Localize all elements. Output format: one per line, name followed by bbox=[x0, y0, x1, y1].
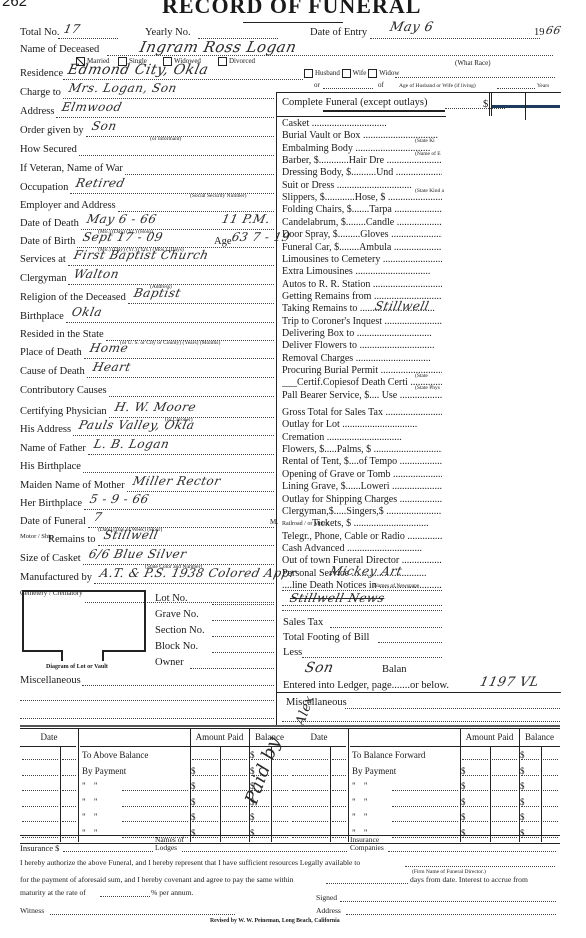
charge-item-label: Removal Charges bbox=[282, 353, 353, 364]
balance-label: Balan bbox=[382, 664, 407, 676]
charge-item-label: Trip to Coroner's Inquest bbox=[282, 316, 382, 327]
checkbox-husband[interactable] bbox=[304, 69, 313, 78]
charge-item-label: Taking Remains to bbox=[282, 303, 357, 314]
field-sublabel: (or informant) bbox=[150, 136, 181, 142]
ledger-cell[interactable] bbox=[332, 759, 346, 760]
field-label: Manufactured by bbox=[20, 572, 92, 584]
ledger-handwritten-note: Paid by bbox=[241, 734, 285, 807]
leader-dots: .............................. bbox=[371, 444, 442, 455]
ledger-cell[interactable] bbox=[543, 837, 558, 838]
ledger-cell[interactable] bbox=[332, 837, 346, 838]
leader-dots: .............................. bbox=[384, 155, 442, 166]
charge-item[interactable]: Extra Limousines .......................… bbox=[282, 266, 442, 277]
field-sublabel: (or U. S. or City or County) (Years) (Mo… bbox=[120, 340, 220, 346]
field-label: Name of Father bbox=[20, 443, 86, 455]
ledger-cell[interactable] bbox=[332, 806, 346, 807]
field-value[interactable]: Okla bbox=[71, 305, 104, 319]
leader-dots: .............................. bbox=[397, 456, 442, 467]
footer-address-field[interactable] bbox=[346, 914, 556, 915]
leader-dots: .............................. bbox=[380, 254, 442, 265]
witness-field[interactable] bbox=[50, 914, 235, 915]
field-input[interactable] bbox=[83, 472, 274, 473]
charge-item-label: Embalming Body bbox=[282, 143, 353, 154]
less-label: Less bbox=[283, 647, 302, 659]
field-extra-value[interactable]: 11 P.M. bbox=[221, 212, 272, 226]
field-value[interactable]: H. W. Moore bbox=[114, 400, 198, 414]
less-value[interactable]: Son bbox=[303, 660, 335, 676]
years-label: Years bbox=[537, 83, 549, 89]
field-value[interactable]: A.T. & P.S. 1938 Colored Appr bbox=[99, 566, 298, 580]
ledger-desc-field[interactable] bbox=[122, 821, 188, 822]
charge-item-label: Outlay for Lot bbox=[282, 419, 340, 430]
ledger-cell[interactable] bbox=[492, 806, 517, 807]
ledger-header: Amount Paid bbox=[460, 732, 519, 742]
field-input[interactable] bbox=[63, 98, 274, 99]
ledger-cell[interactable] bbox=[292, 790, 328, 791]
dollar-sign: $ bbox=[191, 828, 196, 838]
ledger-cell[interactable] bbox=[543, 759, 558, 760]
field-label: If Veteran, Name of War bbox=[20, 163, 123, 175]
dollar-sign: $ bbox=[461, 812, 466, 822]
charge-item-label: Barber, $............Hair Dre bbox=[282, 155, 384, 166]
ledger-cell[interactable] bbox=[332, 790, 346, 791]
charge-item[interactable]: Folding Chairs, $.......Tarpa ..........… bbox=[282, 204, 442, 215]
leader-dots: .............................. bbox=[370, 279, 442, 290]
race-field[interactable] bbox=[395, 77, 555, 78]
railroad-motor-label: Railroad / or Motor bbox=[282, 521, 312, 527]
dollar-sign: $ bbox=[520, 828, 525, 838]
ledger-cell[interactable] bbox=[222, 821, 247, 822]
leader-dots: .............................. bbox=[324, 432, 402, 443]
residence-value[interactable]: Edmond City, Okla bbox=[66, 62, 210, 78]
ledger-cell[interactable] bbox=[62, 790, 76, 791]
age-spouse-field[interactable] bbox=[497, 88, 535, 89]
charge-item[interactable]: Slippers, $............Hose, $ .........… bbox=[282, 192, 442, 203]
leader-dots: .............................. bbox=[353, 353, 431, 364]
name-of-deceased-label: Name of Deceased bbox=[20, 44, 99, 56]
complete-funeral-amount-field[interactable] bbox=[492, 105, 560, 108]
ledger-cell[interactable] bbox=[332, 775, 346, 776]
spouse-or-label: or bbox=[314, 81, 320, 89]
dollar-sign: $ bbox=[461, 797, 466, 807]
field-input[interactable] bbox=[84, 358, 274, 359]
leader-dots: .............................. bbox=[357, 340, 435, 351]
lodges-label-2: Lodges bbox=[155, 843, 177, 852]
field-value[interactable]: Walton bbox=[73, 267, 121, 281]
field-input[interactable] bbox=[109, 396, 274, 397]
field-label: Date of Birth bbox=[20, 236, 75, 248]
leader-dots: .............................. bbox=[353, 266, 431, 277]
ledger-row-label: To Balance Forward bbox=[352, 750, 425, 760]
charge-item[interactable]: Deliver Flowers to .....................… bbox=[282, 340, 442, 351]
lot-field-label: Lot No. bbox=[155, 593, 188, 605]
field-input[interactable] bbox=[128, 303, 274, 304]
field-value[interactable]: May 6 - 66 bbox=[86, 212, 159, 226]
field-input[interactable] bbox=[68, 265, 274, 266]
ledger-desc-field[interactable] bbox=[392, 806, 458, 807]
field-extra: M. bbox=[270, 518, 278, 526]
leader-dots: .............................. bbox=[384, 506, 442, 517]
charge-item[interactable]: Candelabrum, $........Candle ...........… bbox=[282, 217, 442, 228]
field-value[interactable]: Pauls Valley, Okla bbox=[78, 418, 197, 432]
ledger-cell[interactable] bbox=[62, 837, 76, 838]
charge-item[interactable]: Outlay for Lot .........................… bbox=[282, 419, 442, 430]
lot-field-label: Grave No. bbox=[155, 609, 199, 621]
ledger-cell[interactable] bbox=[62, 806, 76, 807]
total-footing-field[interactable] bbox=[378, 642, 442, 643]
ledger-header: Date bbox=[20, 732, 78, 742]
ledger-desc-field[interactable] bbox=[392, 821, 458, 822]
year-prefix: 19 bbox=[534, 27, 545, 39]
checkbox-divorced[interactable] bbox=[218, 57, 227, 66]
dollar-sign: $ bbox=[191, 812, 196, 822]
charge-item[interactable]: Flowers, $.....Palms, $ ................… bbox=[282, 444, 442, 455]
field-value[interactable]: First Baptist Church bbox=[73, 248, 211, 262]
field-value[interactable]: Stillwell bbox=[103, 528, 160, 542]
ledger-desc-field[interactable] bbox=[122, 790, 188, 791]
companies-label-2: Companies bbox=[350, 843, 384, 852]
field-input[interactable] bbox=[87, 377, 274, 378]
ledger-cell[interactable] bbox=[543, 806, 558, 807]
field-label: Religion of the Deceased bbox=[20, 292, 126, 304]
charge-item[interactable]: Gross Total for Sales Tax ..............… bbox=[282, 407, 442, 418]
interest-rate-field[interactable] bbox=[100, 896, 150, 897]
ledger-cell[interactable] bbox=[492, 790, 517, 791]
ledger-row-label: " " bbox=[82, 812, 101, 822]
charge-item-label: Opening of Grave or Tomb bbox=[282, 469, 391, 480]
charge-item-label: Casket bbox=[282, 118, 309, 129]
dollar-sign: $ bbox=[520, 750, 525, 760]
field-label: Occupation bbox=[20, 182, 68, 194]
charge-item[interactable]: Delivering Box to ......................… bbox=[282, 328, 442, 339]
charge-item[interactable]: Cremation .............................. bbox=[282, 432, 442, 443]
charge-item-label: Lining Grave, $......Loweri bbox=[282, 481, 389, 492]
field-value[interactable]: Miller Rector bbox=[132, 474, 223, 488]
field-value[interactable]: Mrs. Logan, Son bbox=[68, 81, 179, 95]
ledger-cell[interactable] bbox=[62, 775, 76, 776]
marital-divorced[interactable]: Divorced bbox=[218, 57, 255, 66]
less-field[interactable] bbox=[302, 657, 442, 658]
charge-item[interactable]: Outlay for Shipping Charges ............… bbox=[282, 494, 442, 505]
ledger-cell[interactable] bbox=[492, 775, 517, 776]
page-title: RECORD OF FUNERAL bbox=[162, 0, 421, 19]
lot-field-label: Block No. bbox=[155, 641, 198, 653]
charge-item-label: Deliver Flowers to bbox=[282, 340, 357, 351]
charge-item-label: Flowers, $.....Palms, $ bbox=[282, 444, 371, 455]
leader-dots: .............................. bbox=[389, 481, 442, 492]
field-label: Services at bbox=[20, 254, 66, 266]
witness-label: Witness bbox=[20, 906, 44, 915]
misc-left-label: Miscellaneous bbox=[20, 675, 81, 687]
charge-item[interactable]: Dressing Body, $..........Und ..........… bbox=[282, 167, 442, 178]
field-label: Size of Casket bbox=[20, 553, 81, 565]
ledger-cell[interactable] bbox=[273, 821, 288, 822]
complete-funeral-label: Complete Funeral (except outlays) bbox=[282, 97, 428, 109]
checkbox-wife[interactable] bbox=[342, 69, 351, 78]
charge-item-label: Slippers, $............Hose, $ bbox=[282, 192, 385, 203]
field-label: Contributory Causes bbox=[20, 385, 107, 397]
charge-item[interactable]: Lining Grave, $......Loweri ............… bbox=[282, 481, 442, 492]
charge-item[interactable]: Autos to R. R. Station .................… bbox=[282, 279, 442, 290]
leader-dots: .............................. bbox=[397, 390, 442, 401]
field-value[interactable]: 6/6 Blue Silver bbox=[88, 547, 188, 561]
charge-item-value[interactable]: Stillwell bbox=[374, 299, 431, 313]
newspaper-sub-label: (Names of Newspape bbox=[372, 583, 419, 589]
leader-dots: .............................. bbox=[392, 204, 442, 215]
ledger-cell[interactable] bbox=[22, 775, 58, 776]
ledger-cell[interactable] bbox=[543, 821, 558, 822]
dollar-sign: $ bbox=[520, 766, 525, 776]
leader-dots: .............................. bbox=[399, 555, 442, 566]
title-underline bbox=[243, 22, 343, 23]
ledger-cell[interactable] bbox=[292, 775, 328, 776]
firm-name-field[interactable] bbox=[405, 866, 555, 867]
sales-tax-field[interactable] bbox=[330, 627, 442, 628]
ledger-cell[interactable] bbox=[492, 837, 517, 838]
field-label: Date of Death bbox=[20, 218, 79, 230]
charge-item-label: Pall Bearer Service, $.... Use bbox=[282, 390, 397, 401]
ledger-cell[interactable] bbox=[292, 837, 328, 838]
charge-item-label: Cremation bbox=[282, 432, 324, 443]
ledger-cell[interactable] bbox=[222, 759, 247, 760]
charge-item-value[interactable]: Mickey Art bbox=[329, 564, 404, 578]
ledger-cell[interactable] bbox=[292, 821, 328, 822]
checkbox-widow[interactable] bbox=[368, 69, 377, 78]
date-of-entry-label: Date of Entry bbox=[310, 27, 367, 39]
charge-item-label: Autos to R. R. Station bbox=[282, 279, 370, 290]
field-input[interactable] bbox=[88, 454, 274, 455]
ledger-header: Date bbox=[290, 732, 348, 742]
charge-item[interactable]: Removal Charges ........................… bbox=[282, 353, 442, 364]
residence-label: Residence bbox=[20, 68, 63, 80]
charge-item-label: Rental of Tent, $....of Tempo bbox=[282, 456, 397, 467]
field-label: Place of Death bbox=[20, 347, 82, 359]
field-value[interactable]: Elmwood bbox=[61, 100, 124, 114]
ledger-cell[interactable] bbox=[62, 759, 76, 760]
field-label: How Secured bbox=[20, 144, 77, 156]
right-box-border bbox=[276, 92, 277, 726]
ledger-cell[interactable] bbox=[273, 775, 288, 776]
charge-item-label: Extra Limousines bbox=[282, 266, 353, 277]
ledger-row-label: " " bbox=[352, 797, 371, 807]
charge-item[interactable]: Trip to Coroner's Inquest ..............… bbox=[282, 316, 442, 327]
lot-field-input[interactable] bbox=[190, 668, 274, 669]
field-label: Remains to bbox=[48, 534, 96, 546]
leader-dots: .............................. bbox=[405, 531, 442, 542]
field-value[interactable]: 7 bbox=[93, 510, 104, 524]
ledger-cell[interactable] bbox=[492, 821, 517, 822]
ledger-cell[interactable] bbox=[62, 821, 76, 822]
field-label: Date of Funeral bbox=[20, 516, 86, 528]
charge-item[interactable]: Railroad / or MotorTickets, $ ..........… bbox=[282, 518, 442, 529]
leader-dots: .............................. bbox=[334, 180, 412, 191]
charge-item[interactable]: Pall Bearer Service, $.... Use .........… bbox=[282, 390, 442, 401]
charge-item[interactable]: Barber, $............Hair Dre ..........… bbox=[282, 155, 442, 166]
field-label: Employer and Address bbox=[20, 200, 116, 212]
charge-item-label: Clergyman,$.....Singers,$ bbox=[282, 506, 384, 517]
lot-diagram-label: Diagram of Lot or Vault bbox=[46, 664, 108, 670]
misc-left-field-3[interactable] bbox=[20, 718, 274, 719]
page-number: 262 bbox=[2, 0, 27, 10]
charge-item-label: Candelabrum, $........Candle bbox=[282, 217, 394, 228]
field-value[interactable]: L. B. Logan bbox=[93, 437, 171, 451]
ledger-cell[interactable] bbox=[462, 759, 488, 760]
signed-field[interactable] bbox=[340, 901, 556, 902]
field-value[interactable]: Baptist bbox=[133, 286, 183, 300]
ledger-cell[interactable] bbox=[292, 759, 328, 760]
ledger-cell[interactable] bbox=[273, 790, 288, 791]
lodges-field[interactable] bbox=[182, 851, 347, 852]
ledger-cell[interactable] bbox=[22, 821, 58, 822]
field-label: Her Birthplace bbox=[20, 498, 82, 510]
newspaper-value[interactable]: Stillwell News bbox=[289, 591, 386, 605]
complete-funeral-dollar: $ bbox=[483, 99, 488, 111]
ledger-desc-field[interactable] bbox=[392, 790, 458, 791]
misc-left-field-2[interactable] bbox=[20, 700, 274, 701]
leader-dots: .............................. bbox=[340, 419, 418, 430]
lot-field-input[interactable] bbox=[212, 636, 274, 637]
field-input[interactable] bbox=[73, 435, 274, 436]
misc-right-field-2[interactable] bbox=[282, 721, 560, 722]
companies-field[interactable] bbox=[388, 851, 556, 852]
insurance-field[interactable] bbox=[63, 851, 153, 852]
days-field[interactable] bbox=[326, 883, 408, 884]
charge-item[interactable]: Opening of Grave or Tomb ...............… bbox=[282, 469, 442, 480]
charge-item[interactable]: Cash Advanced ..........................… bbox=[282, 543, 442, 554]
ledger-cell[interactable] bbox=[273, 837, 288, 838]
field-label: Charge to bbox=[20, 87, 61, 99]
leader-dots: .............................. bbox=[391, 469, 442, 480]
leader-dots: .............................. bbox=[385, 192, 442, 203]
dollar-sign: $ bbox=[250, 812, 255, 822]
age-label: Age bbox=[214, 236, 232, 248]
ledger-cell[interactable] bbox=[22, 837, 58, 838]
ledger-cell[interactable] bbox=[22, 806, 58, 807]
ledger-cell[interactable] bbox=[292, 806, 328, 807]
ledger-cell[interactable] bbox=[222, 806, 247, 807]
spouse-name-field[interactable] bbox=[323, 88, 373, 89]
sales-tax-label: Sales Tax bbox=[283, 617, 323, 629]
dollar-sign: $ bbox=[461, 828, 466, 838]
leader-dots: .............................. bbox=[351, 518, 429, 529]
address-label: Address bbox=[316, 906, 341, 915]
misc-right-field[interactable] bbox=[345, 708, 560, 709]
charge-item[interactable]: Limousines to Cemetery .................… bbox=[282, 254, 442, 265]
field-value[interactable]: Son bbox=[91, 119, 119, 133]
name-of-deceased-value[interactable]: Ingram Ross Logan bbox=[138, 38, 298, 56]
field-value[interactable]: 5 - 9 - 66 bbox=[89, 492, 151, 506]
payment-text: for the payment of aforesaid sum, and I … bbox=[20, 875, 294, 884]
dollar-sign: $ bbox=[191, 766, 196, 776]
lot-field-label: Owner bbox=[155, 657, 184, 669]
ledger-cell[interactable] bbox=[22, 759, 58, 760]
field-input[interactable] bbox=[56, 117, 274, 118]
ledger-cell[interactable] bbox=[543, 775, 558, 776]
charge-item[interactable]: Telegr., Phone, Cable or Radio .........… bbox=[282, 531, 442, 542]
leader-dots: .............................. bbox=[345, 543, 423, 554]
charge-item-label: Telegr., Phone, Cable or Radio bbox=[282, 531, 405, 542]
insurance-label: Insurance $ bbox=[20, 843, 59, 853]
field-input[interactable] bbox=[66, 322, 274, 323]
ledger-row-label: By Payment bbox=[82, 766, 126, 776]
total-no-value[interactable]: 17 bbox=[63, 22, 82, 36]
field-value[interactable]: Retired bbox=[75, 176, 127, 190]
ledger-row-label: " " bbox=[82, 797, 101, 807]
ledger-cell[interactable] bbox=[332, 821, 346, 822]
charge-item[interactable]: Clergyman,$.....Singers,$ ..............… bbox=[282, 506, 442, 517]
ledger-row-label: " " bbox=[352, 812, 371, 822]
ledger-value[interactable]: 1197 VL bbox=[478, 675, 540, 690]
ledger-cell[interactable] bbox=[273, 806, 288, 807]
ledger-cell[interactable] bbox=[192, 759, 218, 760]
charge-item-label: Gross Total for Sales Tax bbox=[282, 407, 383, 418]
leader-dots: .............................. bbox=[397, 494, 442, 505]
date-of-entry-value[interactable]: May 6 bbox=[388, 20, 435, 35]
field-value[interactable]: Home bbox=[89, 341, 130, 355]
charge-item-label: Funeral Car, $........Ambula bbox=[282, 242, 391, 253]
field-value[interactable]: Heart bbox=[92, 360, 133, 374]
spouse-checkboxes: Husband Wife Widow bbox=[304, 69, 399, 78]
ledger-desc-field[interactable] bbox=[122, 806, 188, 807]
field-label: Order given by bbox=[20, 125, 84, 137]
leader-dots: .............................. bbox=[309, 118, 387, 129]
charge-item-label: Burial Vault or Box bbox=[282, 130, 360, 141]
charge-item[interactable]: Rental of Tent, $....of Tempo ..........… bbox=[282, 456, 442, 467]
charge-item[interactable]: Door Spray, $.........Gloves ...........… bbox=[282, 229, 442, 240]
charge-item-label: Limousines to Cemetery bbox=[282, 254, 380, 265]
dollar-sign: $ bbox=[250, 750, 255, 760]
ledger-cell[interactable] bbox=[543, 790, 558, 791]
year-value[interactable]: 66 bbox=[545, 24, 563, 37]
lot-field-input[interactable] bbox=[212, 620, 274, 621]
misc-left-field[interactable] bbox=[82, 685, 274, 686]
days-text: days from date. Interest to accrue from bbox=[410, 875, 528, 884]
revised-text: Revised by W. W. Peineman, Long Beach, C… bbox=[210, 918, 340, 924]
field-input[interactable] bbox=[98, 545, 274, 546]
charge-item-label: Delivering Box to bbox=[282, 328, 354, 339]
field-label: His Address bbox=[20, 424, 71, 436]
leader-dots: .............................. bbox=[393, 167, 442, 178]
ledger-cell[interactable] bbox=[22, 790, 58, 791]
spouse-of-label: of bbox=[378, 81, 384, 89]
dollar-sign: $ bbox=[520, 812, 525, 822]
field-input[interactable] bbox=[84, 509, 274, 510]
field-input[interactable] bbox=[79, 155, 274, 156]
field-input[interactable] bbox=[94, 583, 274, 584]
charge-item[interactable]: Funeral Car, $........Ambula ...........… bbox=[282, 242, 442, 253]
ledger-cell[interactable] bbox=[222, 775, 247, 776]
dollar-sign: $ bbox=[461, 766, 466, 776]
lot-field-input[interactable] bbox=[212, 652, 274, 653]
authorize-text: I hereby authorize the above Funeral, an… bbox=[20, 858, 360, 867]
field-label: Birthplace bbox=[20, 311, 64, 323]
lot-field-input[interactable] bbox=[212, 604, 274, 605]
leader-dots: .............................. bbox=[389, 229, 442, 240]
ledger-desc-field[interactable] bbox=[392, 837, 458, 838]
charge-item[interactable]: Casket .............................. bbox=[282, 118, 442, 129]
field-input[interactable] bbox=[125, 174, 274, 175]
per-annum-text: % per annum. bbox=[151, 888, 193, 897]
ledger-cell[interactable] bbox=[492, 759, 517, 760]
charge-item-label: ___Certif.Copiesof Death Certi bbox=[282, 377, 408, 388]
leader-dots: .............................. bbox=[382, 316, 442, 327]
maturity-text: maturity at the rate of bbox=[20, 888, 86, 897]
leader-dots: .............................. bbox=[354, 328, 432, 339]
field-value[interactable]: Sept 17 - 09 bbox=[82, 230, 165, 244]
ledger-row-label: " " bbox=[352, 781, 371, 791]
ledger-cell[interactable] bbox=[222, 837, 247, 838]
dollar-sign: $ bbox=[520, 797, 525, 807]
